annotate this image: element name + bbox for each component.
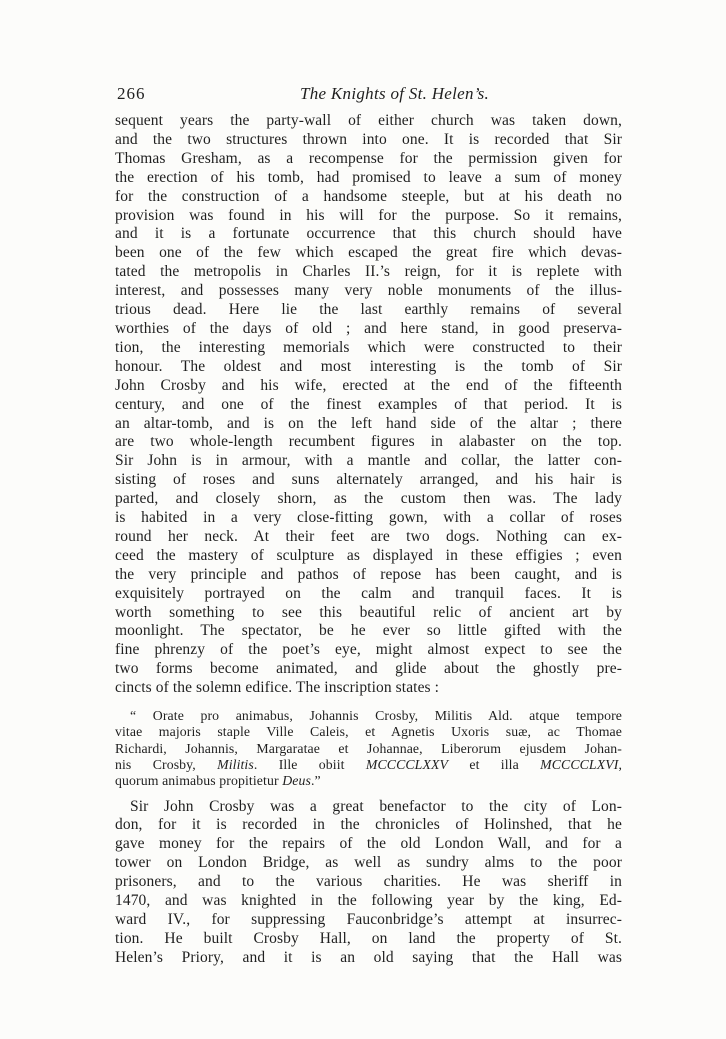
text-line: don, for it is recorded in the chronicle…	[115, 816, 622, 835]
text-line: the very principle and pathos of repose …	[115, 566, 622, 585]
page-body: sequent years the party-wall of either c…	[115, 112, 622, 968]
text-line: trious dead. Here lie the last earthly r…	[115, 301, 622, 320]
text-line: tated the metropolis in Charles II.’s re…	[115, 263, 622, 282]
text-line: Helen’s Priory, and it is an old saying …	[115, 949, 622, 968]
inscription-paragraph: “ Orate pro animabus, Johannis Crosby, M…	[115, 708, 622, 789]
text-line: parted, and closely shorn, as the custom…	[115, 490, 622, 509]
text-line: an altar-tomb, and is on the left hand s…	[115, 415, 622, 434]
text-line: “ Orate pro animabus, Johannis Crosby, M…	[115, 708, 622, 724]
text-line: been one of the few which escaped the gr…	[115, 244, 622, 263]
text-line: Sir John is in armour, with a mantle and…	[115, 452, 622, 471]
text-line: provision was found in his will for the …	[115, 207, 622, 226]
text-line: tion. He built Crosby Hall, on land the …	[115, 930, 622, 949]
text-line: worth something to see this beautiful re…	[115, 604, 622, 623]
text-line: are two whole-length recumbent figures i…	[115, 433, 622, 452]
text-line: worthies of the days of old ; and here s…	[115, 320, 622, 339]
text-line: moonlight. The spectator, be he ever so …	[115, 622, 622, 641]
text-line: and the two structures thrown into one. …	[115, 131, 622, 150]
body-paragraph-1: sequent years the party-wall of either c…	[115, 112, 622, 698]
text-line: and it is a fortunate occurrence that th…	[115, 225, 622, 244]
text-line: Thomas Gresham, as a recompense for the …	[115, 150, 622, 169]
text-line: Sir John Crosby was a great benefactor t…	[115, 798, 622, 817]
text-line: is habited in a very close-fitting gown,…	[115, 509, 622, 528]
text-line: round her neck. At their feet are two do…	[115, 528, 622, 547]
text-line: John Crosby and his wife, erected at the…	[115, 377, 622, 396]
text-line: ceed the mastery of sculpture as display…	[115, 547, 622, 566]
text-line: the erection of his tomb, had promised t…	[115, 169, 622, 188]
text-line: 1470, and was knighted in the following …	[115, 892, 622, 911]
text-line: nis Crosby, Militis. Ille obiit MCCCCLXX…	[115, 757, 622, 773]
text-line: Richardi, Johannis, Margaratae et Johann…	[115, 741, 622, 757]
text-line: cincts of the solemn edifice. The inscri…	[115, 679, 622, 698]
text-line: interest, and possesses many very noble …	[115, 282, 622, 301]
text-line: sisting of roses and suns alternately ar…	[115, 471, 622, 490]
text-line: fine phrenzy of the poet’s eye, might al…	[115, 641, 622, 660]
text-line: two forms become animated, and glide abo…	[115, 660, 622, 679]
text-line: exquisitely portrayed on the calm and tr…	[115, 585, 622, 604]
book-page: 266 The Knights of St. Helen’s. sequent …	[0, 0, 726, 1039]
body-paragraph-2: Sir John Crosby was a great benefactor t…	[115, 798, 622, 968]
text-line: vitae majoris staple Ville Caleis, et Ag…	[115, 724, 622, 740]
text-line: for the construction of a handsome steep…	[115, 188, 622, 207]
text-line: quorum animabus propitietur Deus.”	[115, 773, 622, 789]
page-header-title: The Knights of St. Helen’s.	[115, 84, 674, 104]
text-line: ward IV., for suppressing Fauconbridge’s…	[115, 911, 622, 930]
text-line: century, and one of the finest examples …	[115, 396, 622, 415]
running-head: 266 The Knights of St. Helen’s.	[115, 84, 622, 106]
text-line: prisoners, and to the various charities.…	[115, 873, 622, 892]
text-line: gave money for the repairs of the old Lo…	[115, 835, 622, 854]
text-line: tower on London Bridge, as well as sundr…	[115, 854, 622, 873]
text-line: sequent years the party-wall of either c…	[115, 112, 622, 131]
text-line: tion, the interesting memorials which we…	[115, 339, 622, 358]
text-line: honour. The oldest and most interesting …	[115, 358, 622, 377]
